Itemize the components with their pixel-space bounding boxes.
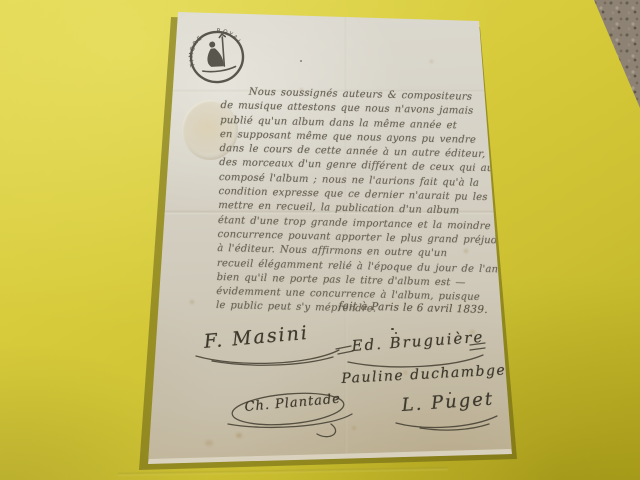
signature-duchambge: Pauline duchambge	[341, 362, 507, 387]
signature-masini: F. Masini	[203, 322, 310, 353]
foxing-spot	[190, 300, 194, 304]
ink-speck	[300, 60, 302, 62]
letter-body: Nous soussignés auteurs & compositeurs d…	[216, 85, 483, 320]
signature-puget: L. Puget	[401, 389, 495, 416]
photograph-of-letter: TIMBRE ROYAL Nous soussignés auteurs & c…	[0, 0, 640, 480]
foxing-spot	[205, 440, 213, 446]
stamp-text-left: TIMBRE	[185, 33, 208, 68]
svg-text:TIMBRE: TIMBRE	[185, 33, 208, 68]
foxing-spot	[430, 60, 433, 63]
signature-plantade: Ch. Plantade	[244, 392, 342, 415]
foxing-spot	[352, 426, 356, 430]
signature-bruguiere: Ed. Bruguière	[351, 328, 485, 355]
timbre-royal-stamp-icon: TIMBRE ROYAL	[183, 23, 251, 91]
foxing-spot	[236, 433, 242, 438]
ink-speck	[391, 328, 394, 330]
